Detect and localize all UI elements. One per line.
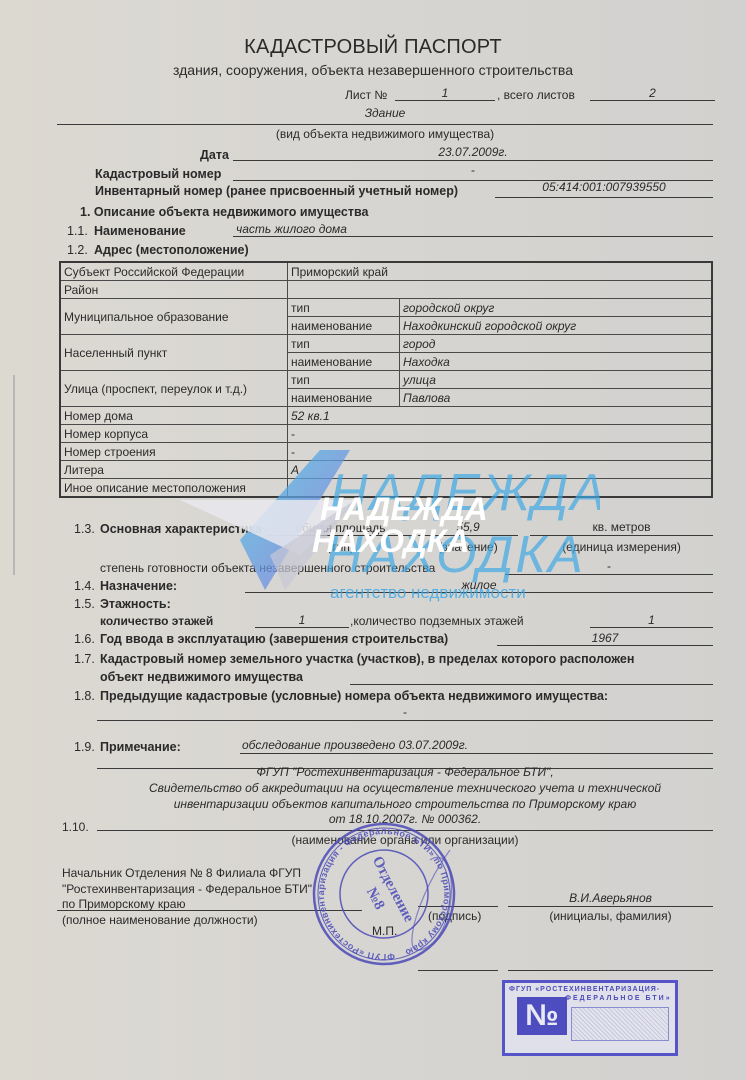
org-line2: Свидетельство об аккредитации на осущест… bbox=[97, 781, 713, 795]
item-number: 1.5. bbox=[74, 597, 95, 611]
address-label: Адрес (местоположение) bbox=[94, 243, 249, 257]
item-number: 1.9. bbox=[74, 740, 95, 754]
table-row: Субъект Российской Федерации Приморский … bbox=[60, 262, 712, 281]
sub-label: тип bbox=[288, 371, 400, 389]
table-row: Литера А bbox=[60, 461, 712, 479]
year-value: 1967 bbox=[497, 631, 713, 645]
sub-label: наименование bbox=[288, 389, 400, 407]
land-label-line1: Кадастровый номер земельного участка (уч… bbox=[100, 652, 634, 666]
rect-stamp-field bbox=[571, 1007, 669, 1041]
cadastral-number-label: Кадастровый номер bbox=[95, 167, 221, 181]
cadastral-passport-page: КАДАСТРОВЫЙ ПАСПОРТ здания, сооружения, … bbox=[0, 0, 746, 1080]
row-label: Иное описание местоположения bbox=[60, 479, 288, 498]
land-label-line2: объект недвижимого имущества bbox=[100, 670, 303, 684]
table-row: Номер строения - bbox=[60, 443, 712, 461]
signer-name-caption: (инициалы, фамилия) bbox=[508, 909, 713, 923]
previous-numbers-label: Предыдущие кадастровые (условные) номера… bbox=[100, 689, 608, 703]
rectangular-stamp: ФГУП «РОСТЕХИНВЕНТАРИЗАЦИЯ- ФЕДЕРАЛЬНОЕ … bbox=[502, 980, 678, 1056]
sub-label: тип bbox=[288, 299, 400, 317]
row-label: Номер корпуса bbox=[60, 425, 288, 443]
row-value: городской округ bbox=[400, 299, 713, 317]
row-value: 52 кв.1 bbox=[288, 407, 713, 425]
name-label: Наименование bbox=[94, 224, 186, 238]
readiness-value: - bbox=[505, 559, 713, 573]
item-number: 1.3. bbox=[74, 522, 95, 536]
document-subtitle: здания, сооружения, объекта незавершенно… bbox=[0, 62, 746, 78]
row-value: - bbox=[288, 425, 713, 443]
date-label: Дата bbox=[200, 148, 229, 162]
previous-numbers-value: - bbox=[97, 705, 713, 719]
row-value: - bbox=[288, 443, 713, 461]
row-label: Номер дома bbox=[60, 407, 288, 425]
row-label: Номер строения bbox=[60, 443, 288, 461]
address-table: Субъект Российской Федерации Приморский … bbox=[59, 261, 713, 498]
cadastral-number-value: - bbox=[233, 163, 713, 177]
floors-label: Этажность: bbox=[100, 597, 171, 611]
document-title: КАДАСТРОВЫЙ ПАСПОРТ bbox=[0, 36, 746, 59]
sheet-number: 1 bbox=[395, 86, 495, 100]
round-stamp: ФГУП «Ростехинвентаризация - Федеральное… bbox=[310, 820, 458, 968]
type-caption: (тип) bbox=[268, 540, 413, 554]
note-label: Примечание: bbox=[100, 740, 181, 754]
position-caption: (полное наименование должности) bbox=[62, 913, 258, 927]
sheet-label: Лист № bbox=[345, 88, 387, 102]
item-number: 1.8. bbox=[74, 689, 95, 703]
row-label: Литера bbox=[60, 461, 288, 479]
item-number: 1.1. bbox=[67, 224, 88, 238]
position-line1: Начальник Отделения № 8 Филиала ФГУП bbox=[62, 866, 301, 880]
object-type: Здание bbox=[57, 106, 713, 120]
underground-floors-value: 1 bbox=[590, 613, 713, 627]
characteristic-type: общая площадь bbox=[268, 521, 413, 535]
name-value: часть жилого дома bbox=[236, 222, 347, 236]
row-value bbox=[288, 281, 713, 299]
row-label: Населенный пункт bbox=[60, 335, 288, 371]
row-value: Находкинский городской округ bbox=[400, 317, 713, 335]
sub-label: наименование bbox=[288, 317, 400, 335]
signer-name: В.И.Аверьянов bbox=[508, 891, 713, 905]
item-number: 1.6. bbox=[74, 632, 95, 646]
stamp-outer-text: ФГУП «Ростехинвентаризация - Федеральное… bbox=[310, 820, 458, 968]
item-number: 1.2. bbox=[67, 243, 88, 257]
table-row: Населенный пункт тип город bbox=[60, 335, 712, 353]
purpose-label: Назначение: bbox=[100, 579, 177, 593]
row-label: Район bbox=[60, 281, 288, 299]
svg-text:ФГУП «Ростехинвентаризация - Ф: ФГУП «Ростехинвентаризация - Федеральное… bbox=[310, 820, 458, 968]
row-value: улица bbox=[400, 371, 713, 389]
sub-label: наименование bbox=[288, 353, 400, 371]
section-1-heading: 1. Описание объекта недвижимого имуществ… bbox=[80, 205, 368, 219]
table-row: Номер корпуса - bbox=[60, 425, 712, 443]
unit-caption: (единица измерения) bbox=[530, 540, 713, 554]
sub-label: тип bbox=[288, 335, 400, 353]
total-sheets-label: , всего листов bbox=[497, 88, 575, 102]
object-type-caption: (вид объекта недвижимого имущества) bbox=[57, 127, 713, 141]
note-value: обследование произведено 03.07.2009г. bbox=[242, 738, 468, 752]
row-value: Находка bbox=[400, 353, 713, 371]
total-sheets: 2 bbox=[590, 86, 715, 100]
org-line1: ФГУП "Ростехинвентаризация - Федеральное… bbox=[97, 765, 713, 779]
row-value bbox=[288, 479, 713, 498]
characteristic-unit: кв. метров bbox=[530, 520, 713, 534]
rect-stamp-line2: ФЕДЕРАЛЬНОЕ БТИ» bbox=[565, 995, 672, 1002]
date-value: 23.07.2009г. bbox=[233, 145, 713, 159]
position-line3: по Приморскому краю bbox=[62, 897, 185, 911]
item-number: 1.7. bbox=[74, 652, 95, 666]
item-number: 1.4. bbox=[74, 579, 95, 593]
row-value: город bbox=[400, 335, 713, 353]
inventory-number-value: 05:414:001:007939550 bbox=[495, 180, 713, 194]
table-row: Номер дома 52 кв.1 bbox=[60, 407, 712, 425]
value-caption: (значение) bbox=[418, 540, 518, 554]
year-label: Год ввода в эксплуатацию (завершения стр… bbox=[100, 632, 448, 646]
table-row: Улица (проспект, переулок и т.д.) тип ул… bbox=[60, 371, 712, 389]
table-row: Муниципальное образование тип городской … bbox=[60, 299, 712, 317]
inventory-number-label: Инвентарный номер (ранее присвоенный уче… bbox=[95, 184, 458, 198]
table-row: Район bbox=[60, 281, 712, 299]
rect-stamp-line1: ФГУП «РОСТЕХИНВЕНТАРИЗАЦИЯ- bbox=[509, 986, 660, 993]
row-label: Улица (проспект, переулок и т.д.) bbox=[60, 371, 288, 407]
row-label: Субъект Российской Федерации bbox=[60, 262, 288, 281]
row-value: Приморский край bbox=[288, 262, 713, 281]
number-sign-icon: № bbox=[517, 997, 567, 1035]
purpose-value: жилое bbox=[245, 578, 713, 592]
row-value: Павлова bbox=[400, 389, 713, 407]
characteristic-value: 55,9 bbox=[418, 520, 518, 534]
readiness-label: степень готовности объекта незавершенног… bbox=[100, 561, 435, 575]
org-line3: инвентаризации объектов капитального стр… bbox=[97, 797, 713, 811]
row-label: Муниципальное образование bbox=[60, 299, 288, 335]
main-characteristic-label: Основная характеристика bbox=[100, 522, 262, 536]
underground-floors-label: ,количество подземных этажей bbox=[350, 614, 524, 628]
floor-count-value: 1 bbox=[255, 613, 349, 627]
floor-count-label: количество этажей bbox=[100, 614, 213, 628]
table-row: Иное описание местоположения bbox=[60, 479, 712, 498]
row-value: А bbox=[288, 461, 713, 479]
item-number: 1.10. bbox=[62, 820, 89, 834]
position-line2: "Ростехинвентаризация - Федеральное БТИ" bbox=[62, 882, 312, 896]
paper-fold bbox=[13, 375, 15, 575]
